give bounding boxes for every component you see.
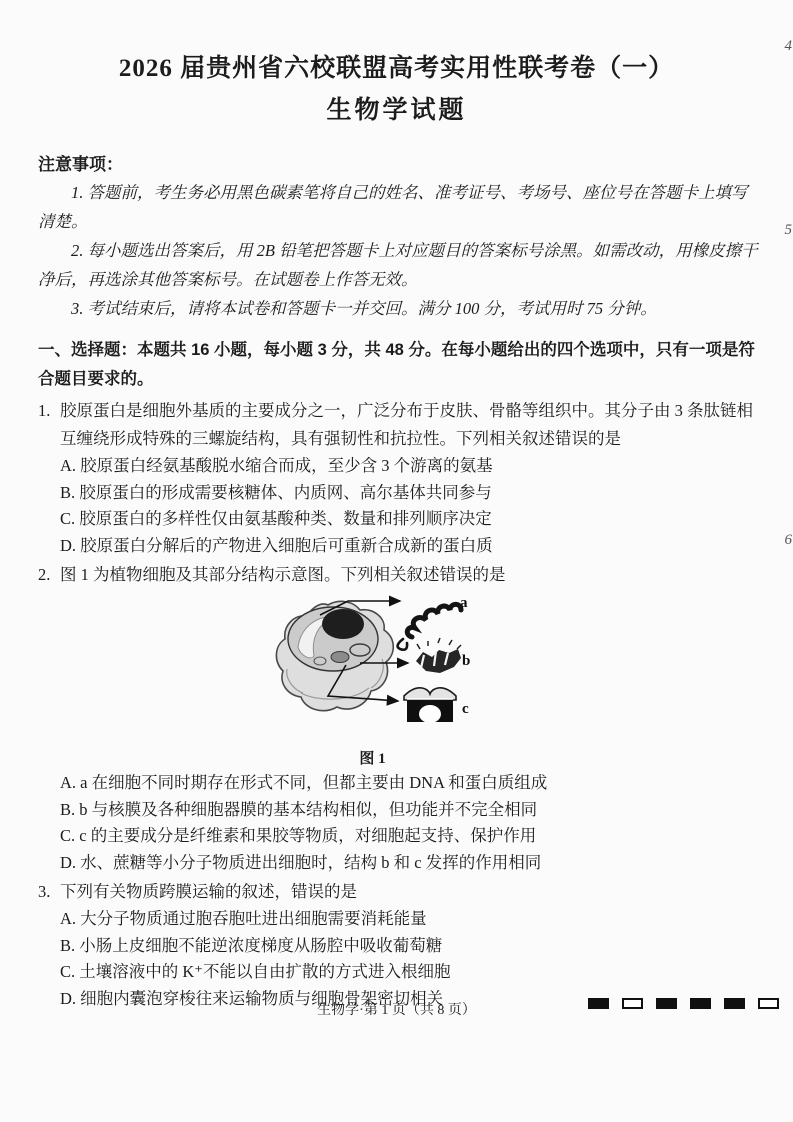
registration-mark	[622, 998, 643, 1009]
question-1: 1. 胶原蛋白是细胞外基质的主要成分之一，广泛分布于皮肤、骨骼等组织中。其分子由…	[38, 397, 759, 559]
registration-mark	[656, 998, 677, 1009]
notice-heading: 注意事项：	[38, 150, 759, 175]
edge-page-number: 4	[785, 38, 793, 55]
registration-mark	[690, 998, 711, 1009]
plant-cell-body	[276, 601, 393, 710]
registration-marks	[588, 998, 779, 1009]
exam-paper-page: 4 5 6 2026 届贵州省六校联盟高考实用性联考卷（一） 生物学试题 注意事…	[0, 0, 793, 1122]
question-stem: 图 1 为植物细胞及其部分结构示意图。下列相关叙述错误的是	[60, 561, 759, 589]
question-stem: 胶原蛋白是细胞外基质的主要成分之一，广泛分布于皮肤、骨骼等组织中。其分子由 3 …	[60, 397, 759, 453]
paper-title: 2026 届贵州省六校联盟高考实用性联考卷（一）	[0, 0, 793, 84]
notice-item-1: 1. 答题前，考生务必用黑色碳素笔将自己的姓名、准考证号、考场号、座位号在答题卡…	[38, 178, 759, 236]
question-stem: 下列有关物质跨膜运输的叙述，错误的是	[60, 878, 759, 906]
option-b: B. 小肠上皮细胞不能逆浓度梯度从肠腔中吸收葡萄糖	[60, 933, 759, 960]
notice-item-2: 2. 每小题选出答案后，用 2B 铅笔把答题卡上对应题目的答案标号涂黑。如需改动…	[38, 236, 759, 294]
option-c: C. 胶原蛋白的多样性仅由氨基酸种类、数量和排列顺序决定	[60, 506, 759, 533]
edge-page-number: 6	[785, 532, 793, 549]
registration-mark	[724, 998, 745, 1009]
structure-a-chromatin	[398, 604, 461, 649]
figure-caption: 图 1	[270, 747, 475, 768]
option-c: C. c 的主要成分是纤维素和果胶等物质，对细胞起支持、保护作用	[60, 823, 759, 850]
question-list: 1. 胶原蛋白是细胞外基质的主要成分之一，广泛分布于皮肤、骨骼等组织中。其分子由…	[38, 397, 759, 1012]
option-a: A. a 在细胞不同时期存在形式不同，但都主要由 DNA 和蛋白质组成	[60, 770, 759, 797]
option-d: D. 水、蔗糖等小分子物质进出细胞时，结构 b 和 c 发挥的作用相同	[60, 850, 759, 877]
option-d: D. 胶原蛋白分解后的产物进入细胞后可重新合成新的蛋白质	[60, 533, 759, 560]
edge-page-number: 5	[785, 222, 793, 239]
paper-subtitle: 生物学试题	[0, 90, 793, 126]
question-number: 1.	[38, 397, 60, 559]
question-number: 3.	[38, 878, 60, 1012]
question-2: 2. 图 1 为植物细胞及其部分结构示意图。下列相关叙述错误的是	[38, 561, 759, 876]
option-c: C. 土壤溶液中的 K⁺不能以自由扩散的方式进入根细胞	[60, 959, 759, 986]
registration-mark	[758, 998, 779, 1009]
notice-item-3: 3. 考试结束后，请将本试卷和答题卡一并交回。满分 100 分，考试用时 75 …	[38, 294, 759, 323]
option-b: B. b 与核膜及各种细胞器膜的基本结构相似，但功能并不完全相同	[60, 797, 759, 824]
option-a: A. 胶原蛋白经氨基酸脱水缩合而成，至少含 3 个游离的氨基	[60, 453, 759, 480]
question-number: 2.	[38, 561, 60, 876]
question-3: 3. 下列有关物质跨膜运输的叙述，错误的是 A. 大分子物质通过胞吞胞吐进出细胞…	[38, 878, 759, 1012]
notice-section: 注意事项： 1. 答题前，考生务必用黑色碳素笔将自己的姓名、准考证号、考场号、座…	[38, 150, 759, 323]
option-b: B. 胶原蛋白的形成需要核糖体、内质网、高尔基体共同参与	[60, 480, 759, 507]
label-c: c	[462, 701, 469, 717]
structure-c-cell-wall	[404, 688, 456, 723]
nucleus	[322, 609, 364, 639]
plant-cell-diagram: a b c	[270, 593, 475, 741]
structure-b-membrane	[416, 638, 461, 673]
figure-1: a b c 图 1	[270, 593, 485, 768]
label-a: a	[460, 595, 468, 611]
section-heading-multiple-choice: 一、选择题：本题共 16 小题，每小题 3 分，共 48 分。在每小题给出的四个…	[38, 336, 759, 394]
label-b: b	[462, 653, 470, 669]
option-a: A. 大分子物质通过胞吞胞吐进出细胞需要消耗能量	[60, 906, 759, 933]
registration-mark	[588, 998, 609, 1009]
